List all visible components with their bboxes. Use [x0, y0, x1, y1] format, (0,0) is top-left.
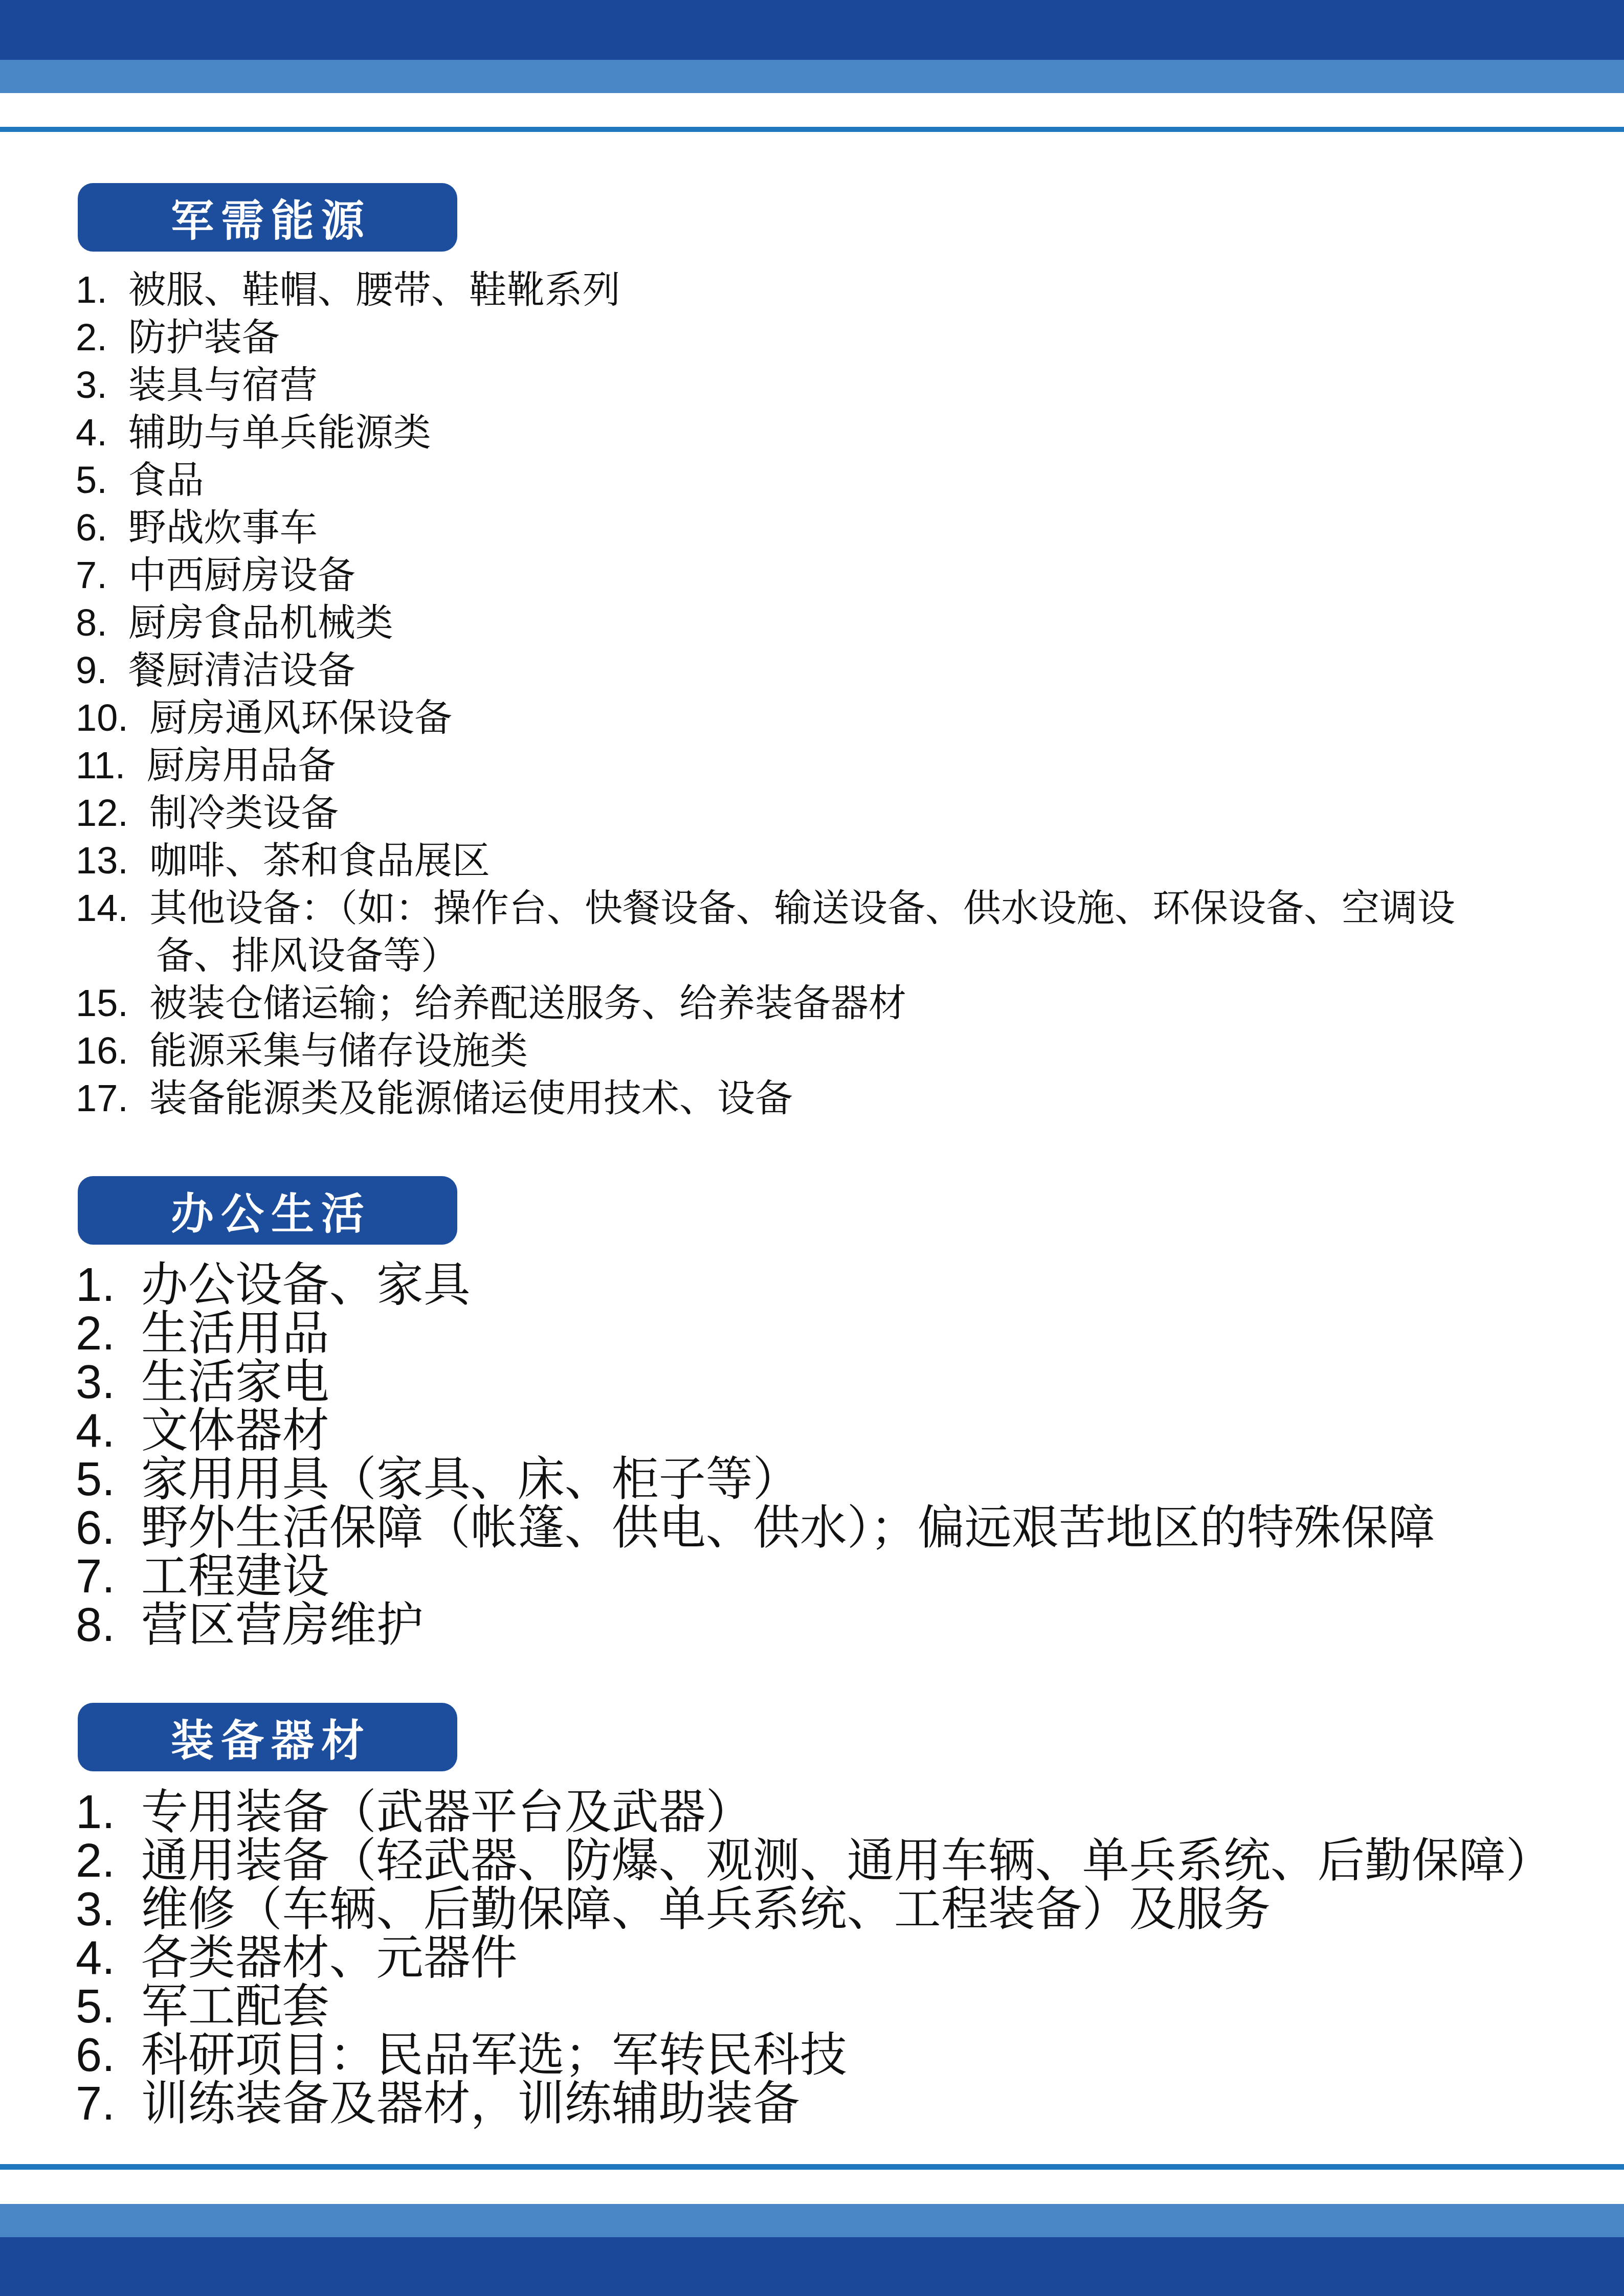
list-item: 8. 营区营房维护	[76, 1601, 1559, 1650]
list-item: 1. 专用装备（武器平台及武器）	[76, 1788, 1559, 1837]
header-band-medium	[0, 60, 1624, 93]
list-item: 5. 军工配套	[76, 1983, 1559, 2031]
list-item: 11. 厨房用品备	[76, 741, 1549, 789]
list-item: 4. 文体器材	[76, 1407, 1559, 1455]
list-item: 15. 被装仓储运输；给养配送服务、给养装备器材	[76, 979, 1549, 1027]
section-title: 办公生活	[164, 1180, 371, 1242]
footer-rule-line	[0, 2164, 1624, 2170]
section-title: 装备器材	[164, 1706, 371, 1768]
list-item: 6. 野外生活保障（帐篷、供电、供水）；偏远艰苦地区的特殊保障	[76, 1504, 1559, 1552]
list-item: 3. 生活家电	[76, 1358, 1559, 1407]
list-item: 2. 通用装备（轻武器、防爆、观测、通用车辆、单兵系统、后勤保障）	[76, 1837, 1559, 1885]
list-item: 16. 能源采集与储存设施类	[76, 1027, 1549, 1074]
list-item: 12. 制冷类设备	[76, 789, 1549, 837]
section-list-zhuangbei-qicai: 1. 专用装备（武器平台及武器） 2. 通用装备（轻武器、防爆、观测、通用车辆、…	[76, 1788, 1559, 2128]
list-item: 14. 其他设备：（如：操作台、快餐设备、输送设备、供水设施、环保设备、空调设备…	[76, 884, 1496, 979]
section-badge-bangong-shenghuo: 办公生活	[78, 1176, 457, 1245]
list-item: 3. 维修（车辆、后勤保障、单兵系统、工程装备）及服务	[76, 1885, 1559, 1934]
section-badge-junxu-nengyuan: 军需能源	[78, 183, 457, 252]
list-item: 7. 中西厨房设备	[76, 551, 1549, 599]
footer-band-medium	[0, 2204, 1624, 2237]
header-rule-line	[0, 127, 1624, 132]
list-item: 9. 餐厨清洁设备	[76, 646, 1549, 694]
section-title: 军需能源	[164, 187, 371, 249]
header-band-dark	[0, 0, 1624, 60]
list-item: 1. 办公设备、家具	[76, 1261, 1559, 1310]
list-item: 13. 咖啡、茶和食品展区	[76, 837, 1549, 884]
list-item: 4. 辅助与单兵能源类	[76, 409, 1549, 456]
list-item: 5. 食品	[76, 456, 1549, 504]
section-list-bangong-shenghuo: 1. 办公设备、家具 2. 生活用品 3. 生活家电 4. 文体器材 5. 家用…	[76, 1261, 1559, 1650]
footer-band-dark	[0, 2237, 1624, 2296]
list-item: 8. 厨房食品机械类	[76, 599, 1549, 646]
list-item: 6. 野战炊事车	[76, 504, 1549, 551]
list-item: 7. 训练装备及器材，训练辅助装备	[76, 2080, 1559, 2128]
list-item: 2. 生活用品	[76, 1310, 1559, 1358]
list-item: 10. 厨房通风环保设备	[76, 694, 1549, 741]
list-item: 4. 各类器材、元器件	[76, 1934, 1559, 1983]
section-list-junxu-nengyuan: 1. 被服、鞋帽、腰带、鞋靴系列 2. 防护装备 3. 装具与宿营 4. 辅助与…	[76, 266, 1549, 1122]
list-item: 6. 科研项目：民品军选；军转民科技	[76, 2031, 1559, 2080]
list-item: 5. 家用用具（家具、床、柜子等）	[76, 1455, 1559, 1504]
list-item: 7. 工程建设	[76, 1552, 1559, 1601]
list-item: 2. 防护装备	[76, 313, 1549, 361]
list-item: 17. 装备能源类及能源储运使用技术、设备	[76, 1074, 1549, 1122]
section-badge-zhuangbei-qicai: 装备器材	[78, 1703, 457, 1771]
list-item: 1. 被服、鞋帽、腰带、鞋靴系列	[76, 266, 1549, 313]
list-item: 3. 装具与宿营	[76, 361, 1549, 409]
